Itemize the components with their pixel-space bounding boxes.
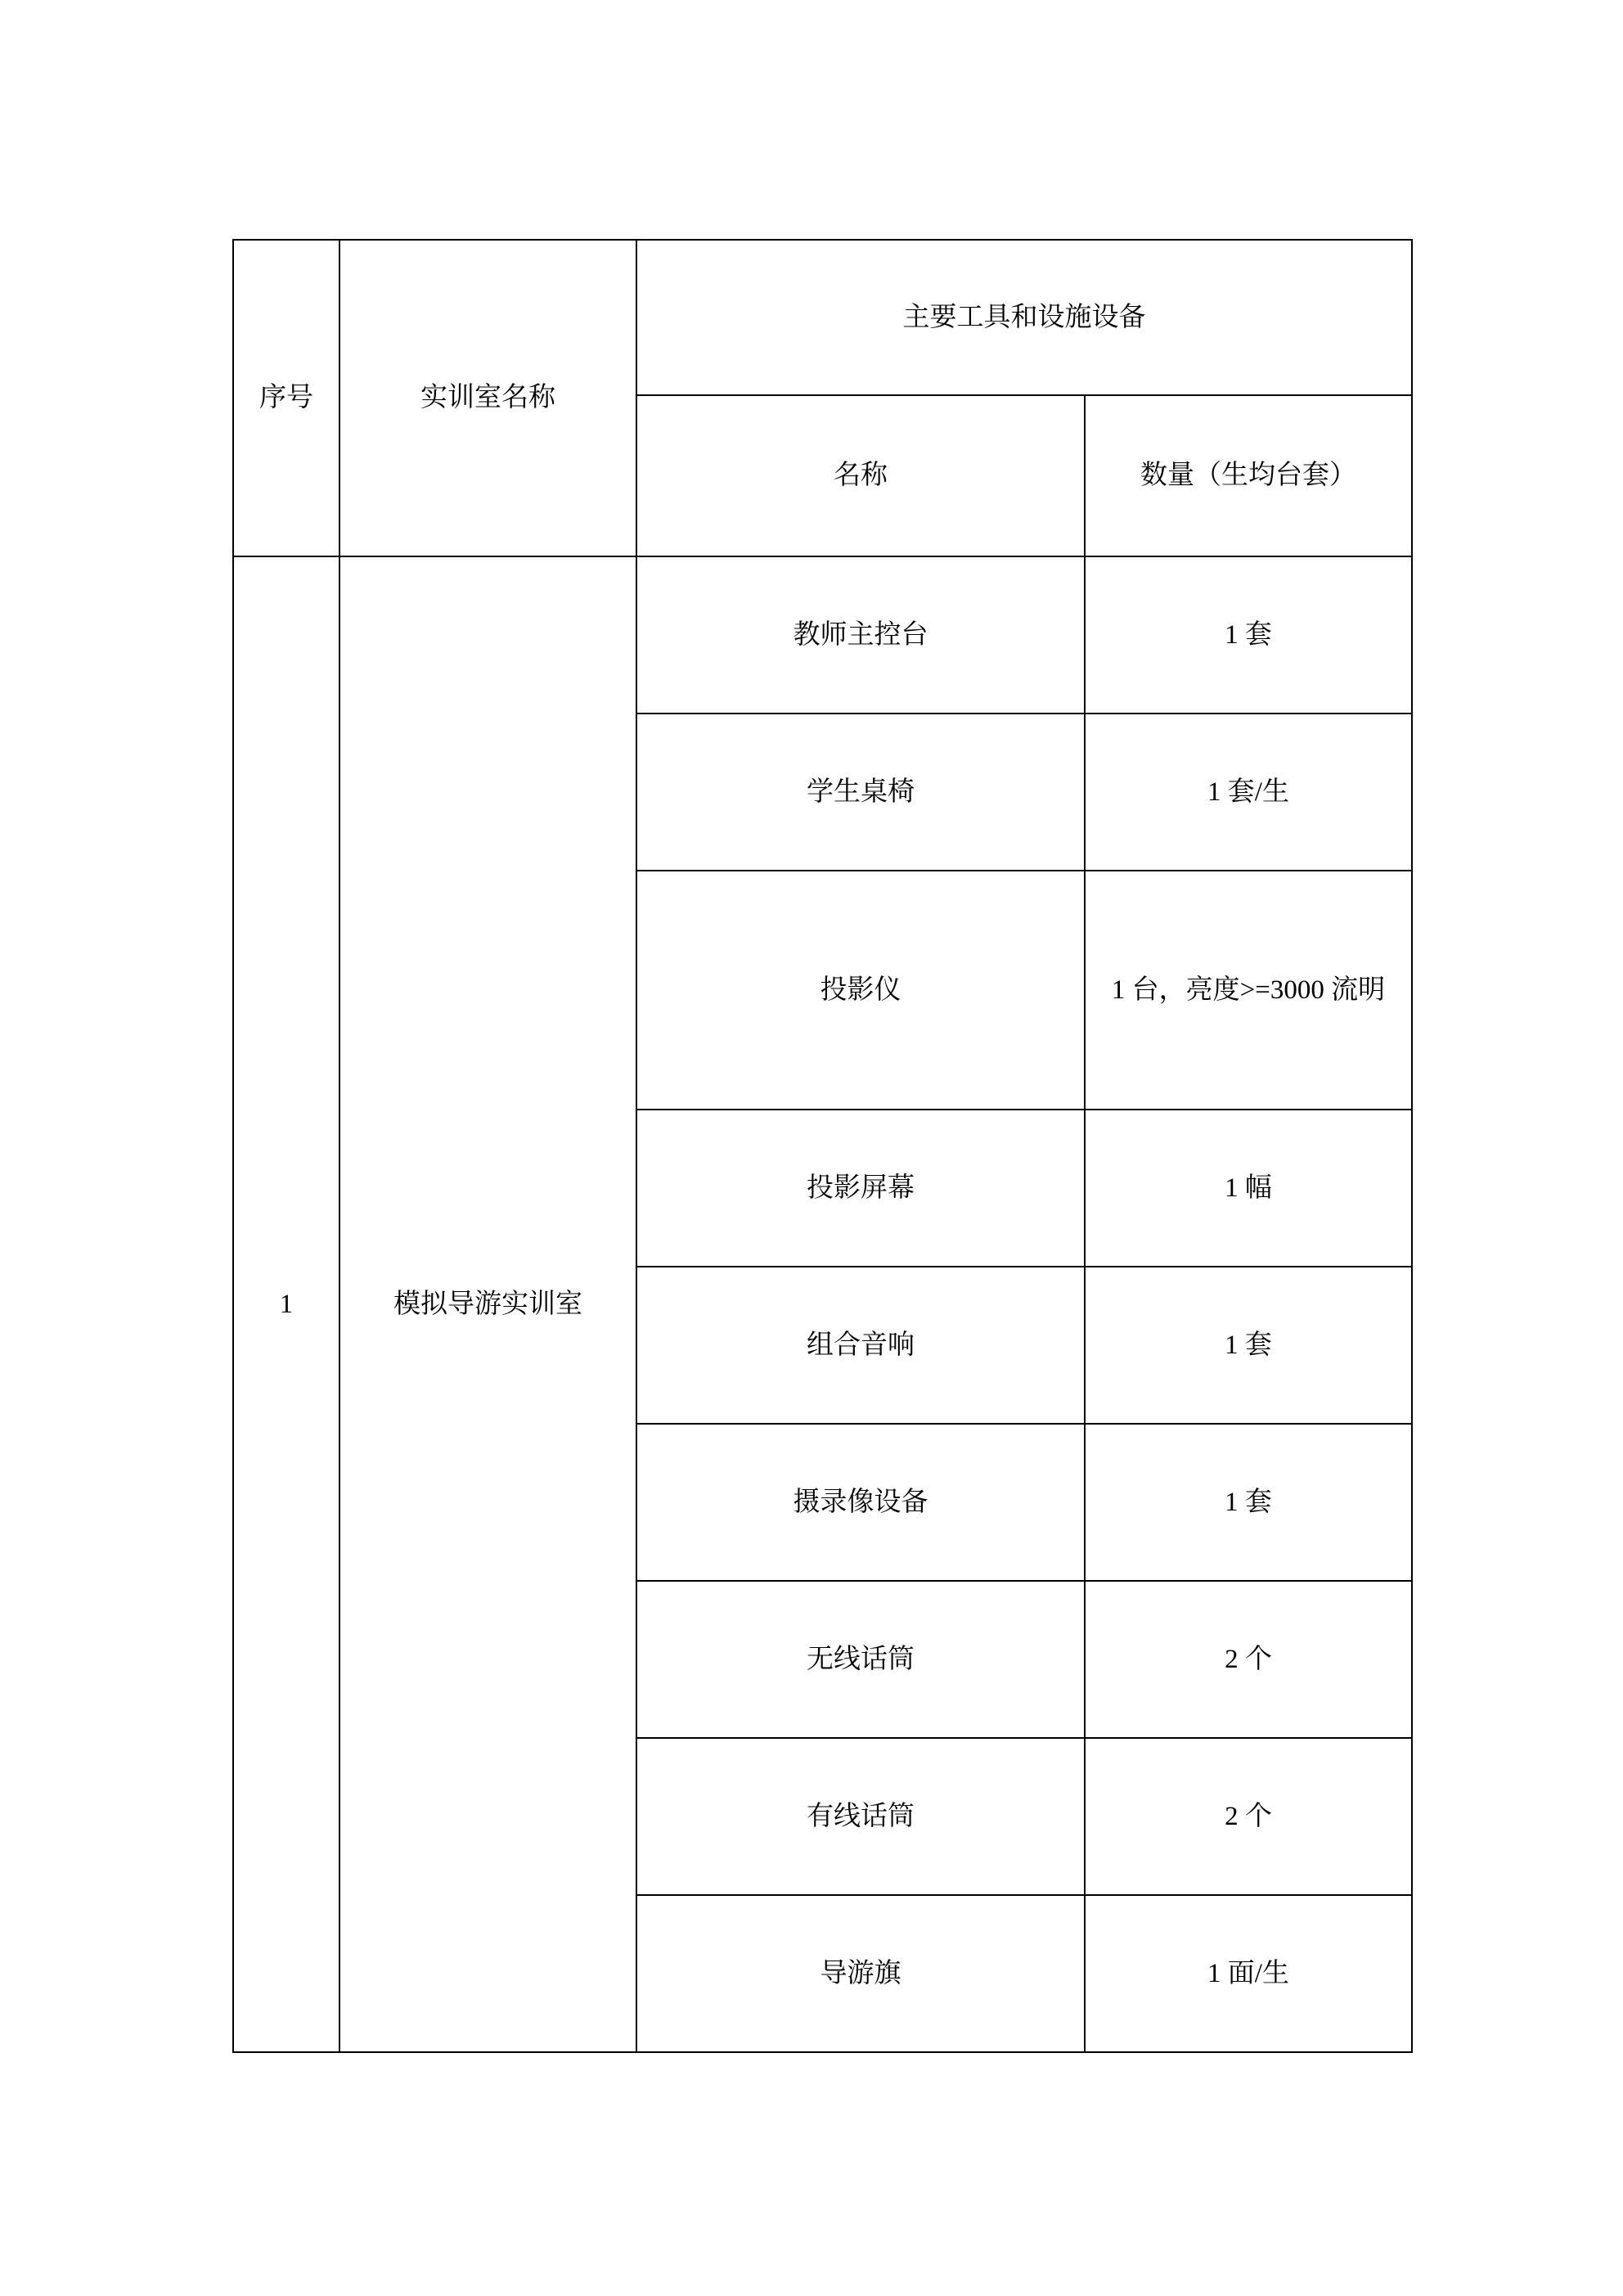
equipment-name-cell: 摄录像设备 [636,1424,1085,1581]
equipment-qty-cell: 1 台，亮度>=3000 流明 [1085,871,1412,1110]
header-quantity: 数量（生均台套） [1085,395,1412,556]
equipment-qty-cell: 1 套/生 [1085,714,1412,871]
equipment-qty-cell: 2 个 [1085,1581,1412,1738]
equipment-name-cell: 投影屏幕 [636,1110,1085,1267]
header-equipment-name: 名称 [636,395,1085,556]
room-name-cell: 模拟导游实训室 [339,556,636,2052]
header-row-1: 序号 实训室名称 主要工具和设施设备 [233,240,1412,395]
serial-cell: 1 [233,556,339,2052]
equipment-qty-cell: 1 套 [1085,556,1412,714]
equipment-qty-cell: 1 套 [1085,1267,1412,1424]
header-serial: 序号 [233,240,339,556]
header-tools-group: 主要工具和设施设备 [636,240,1412,395]
equipment-qty-cell: 1 幅 [1085,1110,1412,1267]
equipment-name-cell: 教师主控台 [636,556,1085,714]
equipment-name-cell: 学生桌椅 [636,714,1085,871]
equipment-qty-cell: 2 个 [1085,1738,1412,1895]
header-room-name: 实训室名称 [339,240,636,556]
equipment-name-cell: 无线话筒 [636,1581,1085,1738]
equipment-table: 序号 实训室名称 主要工具和设施设备 名称 数量（生均台套） 1 模拟导游实训室… [232,239,1413,2053]
equipment-name-cell: 有线话筒 [636,1738,1085,1895]
equipment-qty-cell: 1 套 [1085,1424,1412,1581]
equipment-qty-cell: 1 面/生 [1085,1895,1412,2052]
equipment-name-cell: 导游旗 [636,1895,1085,2052]
equipment-name-cell: 组合音响 [636,1267,1085,1424]
table-row: 1 模拟导游实训室 教师主控台 1 套 [233,556,1412,714]
equipment-name-cell: 投影仪 [636,871,1085,1110]
